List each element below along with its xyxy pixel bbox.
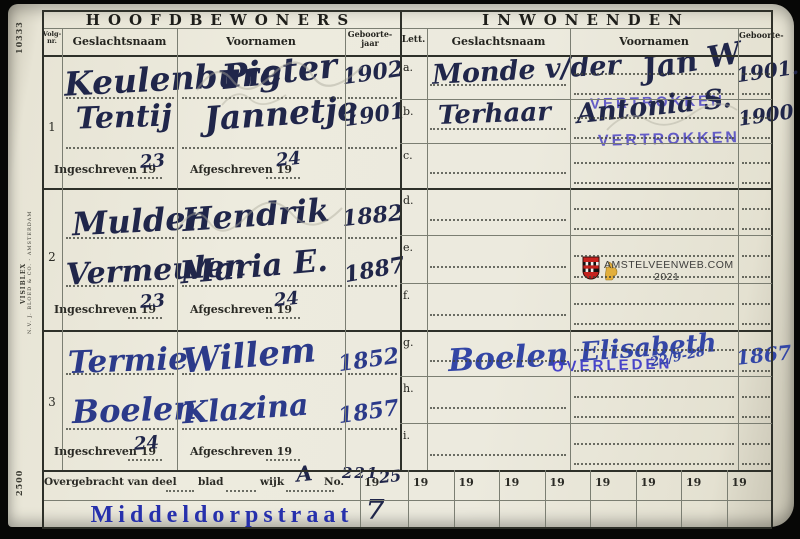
grid-line bbox=[400, 423, 772, 424]
grid-line bbox=[545, 470, 546, 527]
dotted-rule bbox=[574, 323, 734, 325]
year-cell-label: 19 bbox=[504, 476, 519, 489]
grid-line bbox=[62, 28, 63, 470]
volgnr: 3 bbox=[44, 395, 60, 409]
grid-line bbox=[42, 55, 772, 57]
entry-geslachtsnaam: Boelen bbox=[71, 392, 197, 428]
dotted-rule bbox=[742, 255, 770, 257]
year-cell-label: 19 bbox=[595, 476, 610, 489]
dotted-rule bbox=[430, 172, 566, 174]
lett-label: g. bbox=[403, 336, 414, 349]
dotted-rule bbox=[348, 97, 397, 99]
dotted-rule bbox=[574, 276, 734, 278]
grid-line bbox=[400, 235, 772, 236]
grid-line bbox=[400, 99, 772, 100]
grid-line bbox=[360, 470, 361, 527]
grid-line bbox=[681, 470, 682, 527]
grid-line bbox=[454, 470, 455, 527]
dotted-rule bbox=[348, 285, 397, 287]
wijk-value: A bbox=[295, 462, 313, 485]
col-volgnr: Volg-nr. bbox=[42, 31, 62, 45]
volgnr: 1 bbox=[44, 120, 60, 134]
grid-line bbox=[400, 283, 772, 284]
dotted-rule bbox=[66, 373, 174, 375]
year-cell-label: 19 bbox=[686, 476, 701, 489]
lett-label: d. bbox=[403, 194, 414, 207]
dotted-rule bbox=[348, 373, 397, 375]
pencil-ghost-marks bbox=[192, 50, 392, 110]
dotted-rule bbox=[574, 208, 734, 210]
ingeschreven-value: 23 bbox=[139, 152, 165, 172]
dotted-rule bbox=[66, 147, 174, 149]
dotted-rule bbox=[182, 147, 342, 149]
dotted-rule bbox=[266, 177, 300, 179]
dotted-rule bbox=[430, 266, 566, 268]
dotted-rule bbox=[574, 162, 734, 164]
grid-line bbox=[42, 10, 772, 12]
col-lett: Lett. bbox=[400, 36, 427, 46]
overgebracht-label: Overgebracht van deel bbox=[44, 476, 177, 488]
dotted-rule bbox=[742, 396, 770, 398]
dotted-rule bbox=[430, 454, 566, 456]
afgeschreven-label: Afgeschreven 19 bbox=[190, 445, 292, 458]
margin-bottom-number: 2500 bbox=[14, 470, 24, 496]
volgnr: 2 bbox=[44, 250, 60, 264]
dotted-rule bbox=[574, 255, 734, 257]
dotted-rule bbox=[574, 416, 734, 418]
dotted-rule bbox=[266, 317, 300, 319]
dotted-rule bbox=[574, 73, 734, 75]
hoofdbewoners-title: HOOFDBEWONERS bbox=[42, 11, 400, 29]
dotted-rule bbox=[742, 182, 770, 184]
dotted-rule bbox=[430, 128, 566, 130]
grid-line bbox=[42, 330, 772, 332]
grid-line bbox=[427, 28, 428, 470]
dotted-rule bbox=[182, 237, 342, 239]
grid-line bbox=[42, 28, 772, 29]
lett-label: i. bbox=[403, 429, 410, 442]
scanned-register-page: 10333 VISIBLEX N.V. J. BLOED & CO. - AMS… bbox=[0, 0, 800, 539]
grid-line bbox=[636, 470, 637, 527]
dotted-rule bbox=[182, 97, 342, 99]
grid-line bbox=[738, 28, 739, 470]
watermark-site: AMSTELVEENWEB.COM bbox=[604, 259, 734, 271]
entry-voornamen: Willem bbox=[181, 333, 317, 379]
dotted-rule bbox=[182, 428, 342, 430]
dotted-rule bbox=[348, 147, 397, 149]
dotted-rule bbox=[574, 182, 734, 184]
dotted-rule bbox=[430, 407, 566, 409]
grid-line bbox=[400, 10, 402, 470]
printer-name: VISIBLEX bbox=[20, 263, 27, 304]
col-geslachtsnaam-right: Geslachtsnaam bbox=[427, 36, 570, 48]
dotted-rule bbox=[574, 396, 734, 398]
entry-voornamen: Klazina bbox=[181, 391, 309, 430]
dotted-rule bbox=[66, 97, 174, 99]
dotted-rule bbox=[166, 490, 194, 492]
dotted-rule bbox=[128, 317, 162, 319]
dotted-rule bbox=[266, 459, 300, 461]
dotted-rule bbox=[742, 370, 770, 372]
col-voornamen-left: Voornamen bbox=[177, 36, 345, 48]
dotted-rule bbox=[574, 443, 734, 445]
dotted-rule bbox=[742, 416, 770, 418]
entry-geboortejaar: 1867 bbox=[735, 342, 792, 368]
house-number: 7 bbox=[366, 497, 385, 524]
dotted-rule bbox=[742, 443, 770, 445]
grid-line bbox=[42, 470, 772, 472]
year-cell-label: 19 bbox=[550, 476, 565, 489]
dotted-rule bbox=[348, 428, 397, 430]
grid-line bbox=[727, 470, 728, 527]
dotted-rule bbox=[128, 459, 162, 461]
dotted-rule bbox=[226, 490, 256, 492]
pencil-ghost-marks bbox=[602, 100, 742, 140]
dotted-rule bbox=[574, 93, 734, 95]
dotted-rule bbox=[742, 463, 770, 465]
dotted-rule bbox=[742, 137, 770, 139]
year-cell-label: 19 bbox=[413, 476, 428, 489]
register-table: HOOFDBEWONERS INWONENDEN Volg-nr. Geslac… bbox=[42, 10, 772, 527]
dotted-rule bbox=[742, 208, 770, 210]
grid-line bbox=[771, 10, 773, 527]
year-cell-label: 19 bbox=[732, 476, 747, 489]
entry-geslachtsnaam: Tentij bbox=[76, 101, 173, 134]
lett-label: h. bbox=[403, 382, 414, 395]
col-geslachtsnaam-left: Geslachtsnaam bbox=[62, 36, 177, 48]
margin-top-number: 10333 bbox=[14, 21, 24, 54]
dotted-rule bbox=[574, 117, 734, 119]
dotted-rule bbox=[430, 219, 566, 221]
dotted-rule bbox=[742, 93, 770, 95]
entry-geboortejaar: 1852 bbox=[337, 345, 401, 375]
grid-line bbox=[499, 470, 500, 527]
dotted-rule bbox=[574, 303, 734, 305]
afgeschreven-value: 24 bbox=[273, 290, 300, 311]
col-geboortejaar-right: Geboorte- bbox=[739, 31, 772, 40]
dotted-rule bbox=[430, 314, 566, 316]
afgeschreven-value: 24 bbox=[275, 150, 302, 171]
dotted-rule bbox=[574, 463, 734, 465]
grid-line bbox=[570, 28, 571, 470]
grid-line bbox=[42, 527, 772, 529]
lett-label: f. bbox=[403, 289, 410, 302]
lett-label: b. bbox=[403, 105, 414, 118]
entry-geboortejaar: 1857 bbox=[337, 397, 401, 427]
dotted-rule bbox=[742, 162, 770, 164]
printer-address: N.V. J. BLOED & CO. - AMSTERDAM bbox=[27, 211, 33, 334]
dotted-rule bbox=[182, 285, 342, 287]
lett-label: a. bbox=[403, 61, 413, 74]
wijk-label: wijk bbox=[260, 476, 284, 488]
dotted-rule bbox=[742, 276, 770, 278]
year-cell-label: 19 bbox=[641, 476, 656, 489]
dotted-rule bbox=[574, 228, 734, 230]
entry-geboortejaar: 1887 bbox=[343, 254, 407, 286]
grid-line bbox=[177, 28, 178, 470]
inwonenden-title: INWONENDEN bbox=[400, 11, 772, 29]
lett-label: e. bbox=[403, 241, 413, 254]
ingeschreven-value: 23 bbox=[139, 292, 165, 312]
dotted-rule bbox=[742, 323, 770, 325]
dotted-rule bbox=[742, 117, 770, 119]
grid-line bbox=[400, 376, 772, 377]
grid-line bbox=[345, 28, 346, 470]
dotted-rule bbox=[286, 490, 334, 492]
dotted-rule bbox=[430, 84, 566, 86]
dotted-rule bbox=[574, 137, 734, 139]
dotted-rule bbox=[574, 370, 734, 372]
col-geboortejaar-left: Geboorte-jaar bbox=[344, 30, 396, 48]
year-cell-label: 19 bbox=[459, 476, 474, 489]
dotted-rule bbox=[742, 303, 770, 305]
dotted-rule bbox=[574, 349, 734, 351]
grid-line bbox=[590, 470, 591, 527]
dotted-rule bbox=[66, 285, 174, 287]
grid-line bbox=[42, 500, 772, 501]
street-name-stamp: Middeldorpstraat bbox=[82, 502, 362, 529]
grid-line bbox=[42, 10, 44, 527]
dotted-rule bbox=[742, 228, 770, 230]
dotted-rule bbox=[66, 237, 174, 239]
dotted-rule bbox=[430, 360, 566, 362]
year-cell-label: 19 bbox=[364, 476, 379, 489]
grid-line bbox=[42, 188, 772, 190]
dotted-rule bbox=[742, 73, 770, 75]
dotted-rule bbox=[742, 349, 770, 351]
grid-line bbox=[408, 470, 409, 527]
blad-label: blad bbox=[198, 476, 223, 488]
dotted-rule bbox=[348, 237, 397, 239]
ingeschreven-value: 24 bbox=[133, 434, 159, 454]
dotted-rule bbox=[128, 177, 162, 179]
dotted-rule bbox=[182, 373, 342, 375]
lett-label: c. bbox=[403, 149, 413, 162]
entry-geslachtsnaam: Terhaar bbox=[438, 99, 552, 129]
dotted-rule bbox=[66, 428, 174, 430]
grid-line bbox=[400, 143, 772, 144]
